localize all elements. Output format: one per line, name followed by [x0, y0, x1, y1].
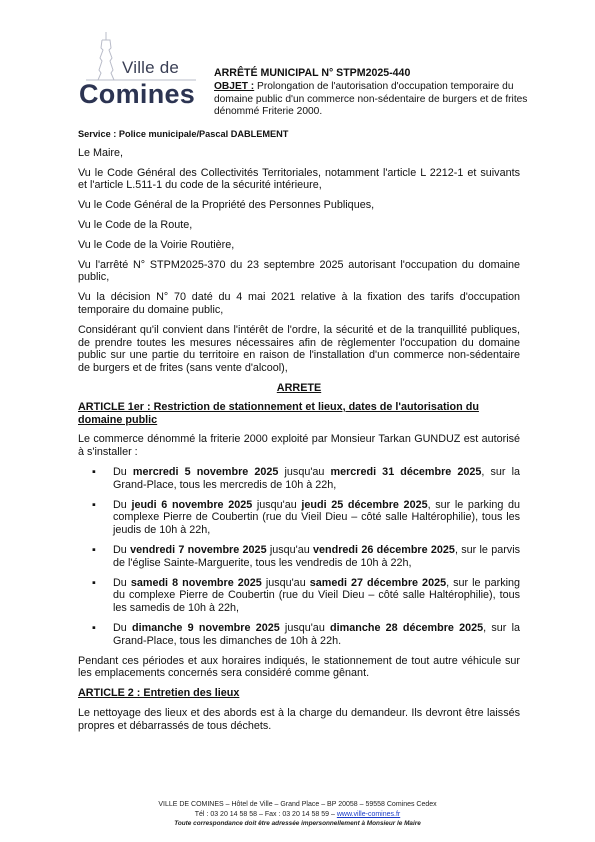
bullet-icon: ▪	[92, 466, 96, 479]
article-1-intro: Le commerce dénommé la friterie 2000 exp…	[78, 433, 520, 459]
decree-subject: OBJET : Prolongation de l'autorisation d…	[214, 81, 534, 119]
considerant-clause: Considérant qu'il convient dans l'intérê…	[78, 324, 520, 375]
article-2-text: Le nettoyage des lieux et des abords est…	[78, 707, 520, 733]
vu-clause: Vu la décision N° 70 daté du 4 mai 2021 …	[78, 291, 520, 317]
footer-address: VILLE DE COMINES – Hôtel de Ville – Gran…	[0, 800, 595, 810]
article-2-title: ARTICLE 2 : Entretien des lieux	[78, 687, 520, 700]
article-1-outro: Pendant ces périodes et aux horaires ind…	[78, 655, 520, 681]
footer-notice: Toute correspondance doit être adressée …	[0, 819, 595, 829]
le-maire: Le Maire,	[78, 147, 520, 160]
list-item: ▪Du samedi 8 novembre 2025 jusqu'au same…	[78, 577, 520, 615]
list-item: ▪Du dimanche 9 novembre 2025 jusqu'au di…	[78, 622, 520, 648]
subject-label: OBJET :	[214, 81, 254, 92]
authorization-dates-list: ▪Du mercredi 5 novembre 2025 jusqu'au me…	[78, 466, 520, 648]
subject-text: Prolongation de l'autorisation d'occupat…	[214, 81, 527, 117]
decree-body: Service : Police municipale/Pascal DABLE…	[78, 128, 520, 739]
bullet-icon: ▪	[92, 622, 96, 635]
vu-clause: Vu le Code de la Route,	[78, 219, 520, 232]
list-item: ▪Du jeudi 6 novembre 2025 jusqu'au jeudi…	[78, 499, 520, 537]
bullet-icon: ▪	[92, 499, 96, 512]
footer-contact: Tél : 03 20 14 58 58 – Fax : 03 20 14 58…	[0, 810, 595, 820]
decree-header: ARRÊTÉ MUNICIPAL N° STPM2025-440 OBJET :…	[214, 66, 534, 119]
service-line: Service : Police municipale/Pascal DABLE…	[78, 128, 520, 141]
list-item: ▪Du mercredi 5 novembre 2025 jusqu'au me…	[78, 466, 520, 492]
logo-text-comines: Comines	[79, 79, 195, 110]
vu-clause: Vu le Code Général de la Propriété des P…	[78, 199, 520, 212]
list-item: ▪Du vendredi 7 novembre 2025 jusqu'au ve…	[78, 544, 520, 570]
website-link[interactable]: www.ville-comines.fr	[337, 811, 400, 818]
vu-clause: Vu l'arrêté N° STPM2025-370 du 23 septem…	[78, 259, 520, 285]
page-footer: VILLE DE COMINES – Hôtel de Ville – Gran…	[0, 800, 595, 829]
bullet-icon: ▪	[92, 577, 96, 590]
logo-text-ville: Ville de	[122, 58, 179, 78]
vu-clause: Vu le Code Général des Collectivités Ter…	[78, 167, 520, 193]
arrete-heading: ARRETE	[78, 382, 520, 395]
decree-title: ARRÊTÉ MUNICIPAL N° STPM2025-440	[214, 66, 534, 80]
vu-clause: Vu le Code de la Voirie Routière,	[78, 239, 520, 252]
bullet-icon: ▪	[92, 544, 96, 557]
article-1-title: ARTICLE 1er : Restriction de stationneme…	[78, 401, 520, 427]
city-logo: Ville de Comines	[78, 28, 198, 108]
